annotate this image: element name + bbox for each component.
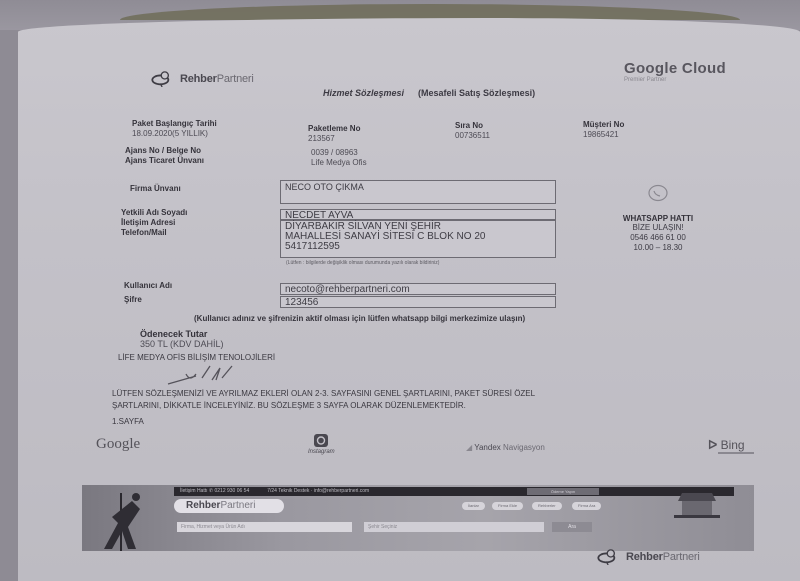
yandex-arrow-icon: ◢	[466, 443, 474, 452]
banner-chip: İlanlar	[462, 502, 485, 510]
banner-chip: Firma Ara	[572, 502, 601, 510]
field-start-date: Paket Başlangıç Tarihi 18.09.2020(5 YILL…	[132, 119, 217, 139]
address-note: (Lütfen : bilgilerde değişiklik olması d…	[286, 260, 439, 266]
brand-pin-icon	[150, 71, 176, 87]
contact-labels: Yetkili Adı Soyadı İletişim Adresi Telef…	[121, 208, 187, 238]
bing-icon: ᐅ	[708, 438, 717, 452]
field-sequence-no: Sıra No 00736511	[455, 121, 490, 141]
agency-labels: Ajans No / Belge No Ajans Ticaret Ünvanı	[125, 146, 204, 166]
notice-text: LÜTFEN SÖZLEŞMENİZİ VE AYRILMAZ EKLERİ O…	[112, 388, 535, 412]
banner-location-input: Şehir Seçiniz	[364, 522, 544, 532]
banner-search-input: Firma, Hizmet veya Ürün Adı	[177, 522, 352, 532]
authorized-name-field: NECDET AYVA	[280, 209, 556, 220]
footer-brand-logo: RehberPartneri	[596, 549, 700, 565]
storefront-icon	[672, 491, 722, 521]
username-label: Kullanıcı Adı	[124, 281, 172, 291]
credentials-note: (Kullanıcı adınız ve şifrenizin aktif ol…	[194, 314, 525, 323]
yandex-logo: ◢ Yandex Navigasyon	[466, 443, 545, 452]
bing-logo: ᐅ Bing	[708, 438, 754, 454]
banner-chip: Rehberler	[532, 502, 562, 510]
brand-logo: RehberPartneri	[150, 71, 254, 87]
field-package-no: Paketleme No 213567	[308, 124, 360, 144]
brand-name: RehberPartneri	[180, 73, 254, 85]
agency-values: 0039 / 08963 Life Medya Ofis	[311, 148, 367, 168]
contract-title: Hizmet Sözleşmesi (Mesafeli Satış Sözleş…	[323, 88, 535, 98]
firm-label: Firma Ünvanı	[130, 184, 181, 194]
google-logo: Google	[96, 436, 140, 453]
banner-logo: RehberPartneri	[174, 499, 284, 513]
google-cloud-sub: Premier Partner	[624, 77, 726, 83]
title-sub: (Mesafeli Satış Sözleşmesi)	[418, 88, 535, 98]
username-field: necoto@rehberpartneri.com	[280, 283, 556, 295]
footer-brand-name: RehberPartneri	[626, 551, 700, 563]
password-label: Şifre	[124, 295, 142, 305]
bing-underline	[718, 452, 754, 454]
banner-search-button: Ara	[552, 522, 592, 532]
address-field: DİYARBAKIR SİLVAN YENİ ŞEHİR MAHALLESİ S…	[280, 220, 556, 258]
banner-payment-button: Ödeme Yapın	[527, 488, 599, 495]
whatsapp-icon	[647, 184, 669, 202]
password-field: 123456	[280, 296, 556, 308]
contract-page: RehberPartneri Hizmet Sözleşmesi (Mesafe…	[18, 18, 800, 581]
google-cloud-badge: Google Cloud Premier Partner	[624, 60, 726, 83]
field-customer-no: Müşteri No 19865421	[583, 120, 624, 140]
instagram-icon	[312, 433, 330, 449]
banner-topbar: İletişim Hattı ✆ 0212 930 06 54 7/24 Tek…	[174, 487, 734, 496]
person-illustration	[92, 487, 152, 551]
instagram-logo: Instagram	[308, 433, 335, 455]
google-cloud-logo: Google Cloud	[624, 60, 726, 77]
payment-block: Ödenecek Tutar 350 TL (KDV DAHİL)	[140, 329, 224, 349]
page-label: 1.SAYFA	[112, 416, 144, 428]
promo-banner: İletişim Hattı ✆ 0212 930 06 54 7/24 Tek…	[82, 485, 754, 551]
signature-mark	[166, 364, 236, 386]
brand-pin-icon	[596, 549, 622, 565]
whatsapp-block: WHATSAPP HATTI BİZE ULAŞIN! 0546 466 61 …	[598, 184, 718, 253]
title-main: Hizmet Sözleşmesi	[323, 88, 404, 98]
company-signature-name: LİFE MEDYA OFİS BİLİŞİM TENOLOJİLERİ	[118, 352, 275, 364]
banner-chip: Firma Ekle	[492, 502, 523, 510]
firm-name-field: NECO OTO ÇIKMA	[280, 180, 556, 204]
